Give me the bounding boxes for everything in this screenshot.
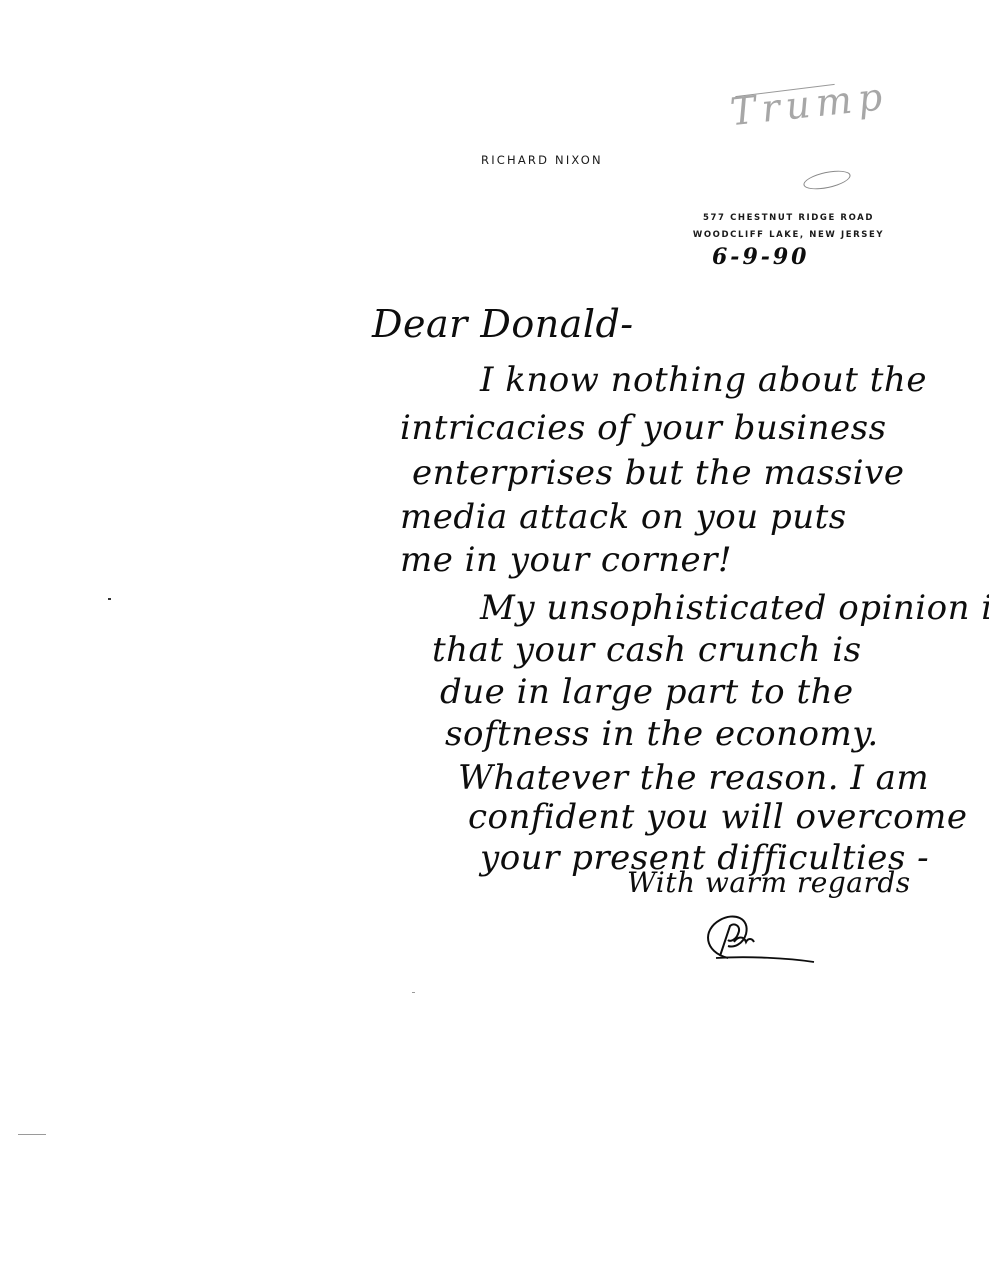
- scan-speck: [18, 1134, 46, 1135]
- closing: With warm regards: [627, 866, 911, 899]
- salutation: Dear Donald-: [372, 302, 634, 346]
- body-line: enterprises but the massive: [412, 453, 905, 493]
- body-line: due in large part to the: [440, 672, 854, 712]
- scan-speck: [108, 598, 111, 600]
- body-line: intricacies of your business: [400, 408, 887, 448]
- address-line-1: 577 CHESTNUT RIDGE ROAD: [681, 210, 896, 227]
- body-line: that your cash crunch is: [432, 630, 862, 670]
- letter-date: 6-9-90: [712, 244, 810, 270]
- body-line: media attack on you puts: [400, 497, 847, 537]
- address-line-2: WOODCLIFF LAKE, NEW JERSEY: [681, 227, 896, 244]
- body-line: My unsophisticated opinion is: [480, 588, 989, 628]
- letter-page: Trump RICHARD NIXON 577 CHESTNUT RIDGE R…: [0, 0, 989, 1280]
- signature-mark: [698, 912, 818, 964]
- body-line: confident you will overcome: [468, 797, 967, 837]
- annotation-loop-mark: [802, 167, 852, 193]
- body-line: softness in the economy.: [445, 714, 879, 754]
- scan-speck: [412, 992, 415, 993]
- body-line: me in your corner!: [400, 540, 732, 580]
- letterhead-address: 577 CHESTNUT RIDGE ROAD WOODCLIFF LAKE, …: [681, 210, 896, 244]
- letterhead-name: RICHARD NIXON: [481, 153, 603, 167]
- body-line: Whatever the reason. I am: [458, 758, 929, 798]
- filing-annotation: Trump: [728, 74, 890, 134]
- body-line: I know nothing about the: [480, 360, 927, 400]
